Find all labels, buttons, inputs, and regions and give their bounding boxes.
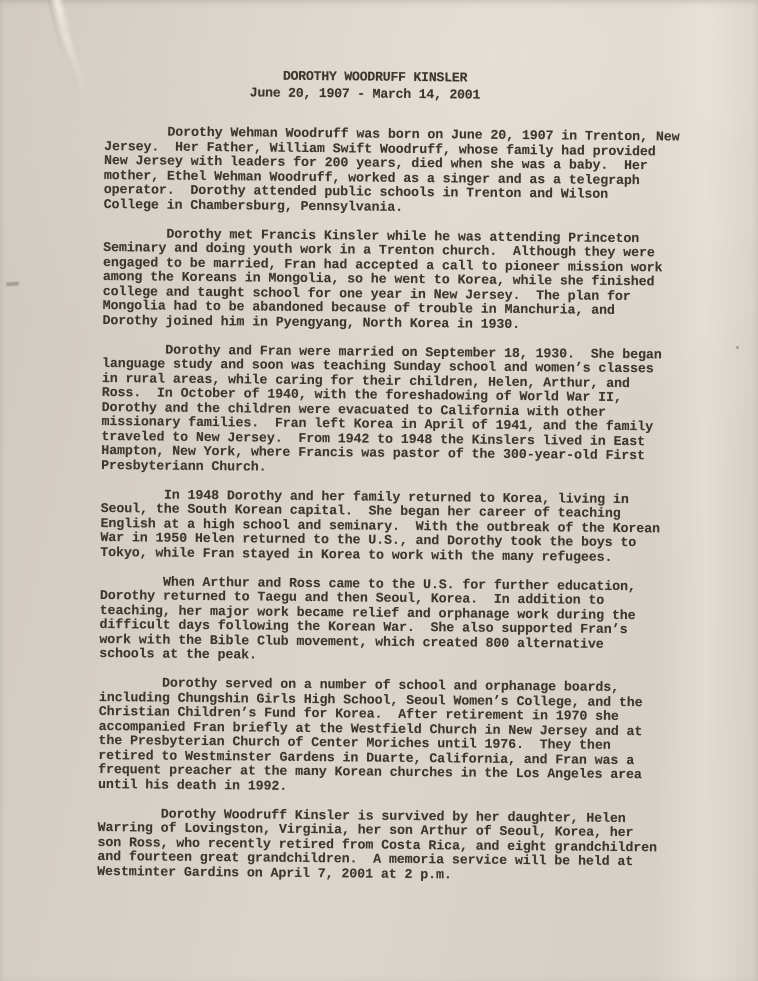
paper-crease-faint (58, 32, 95, 110)
paragraph-birth-family: Dorothy Wehman Woodruff was born on June… (104, 125, 695, 218)
paragraph-return-1948: In 1948 Dorothy and her family returned … (100, 487, 691, 565)
document-body: DOROTHY WOODRUFF KINSLER June 20, 1907 -… (97, 60, 695, 899)
pencil-mark (6, 282, 19, 287)
document-dates: June 20, 1907 - March 14, 2001 (250, 86, 695, 105)
paragraph-boards-retirement: Dorothy served on a number of school and… (98, 676, 689, 798)
paragraph-relief-work: When Arthur and Ross came to the U.S. fo… (99, 574, 690, 667)
paragraph-survivors-service: Dorothy Woodruff Kinsler is survived by … (97, 806, 688, 884)
paragraph-marriage-korea: Dorothy and Fran were married on Septemb… (101, 342, 692, 478)
paper-speck (736, 346, 739, 349)
scanned-page: DOROTHY WOODRUFF KINSLER June 20, 1907 -… (0, 0, 758, 981)
paragraph-meeting-francis: Dorothy met Francis Kinsler while he was… (102, 226, 693, 333)
